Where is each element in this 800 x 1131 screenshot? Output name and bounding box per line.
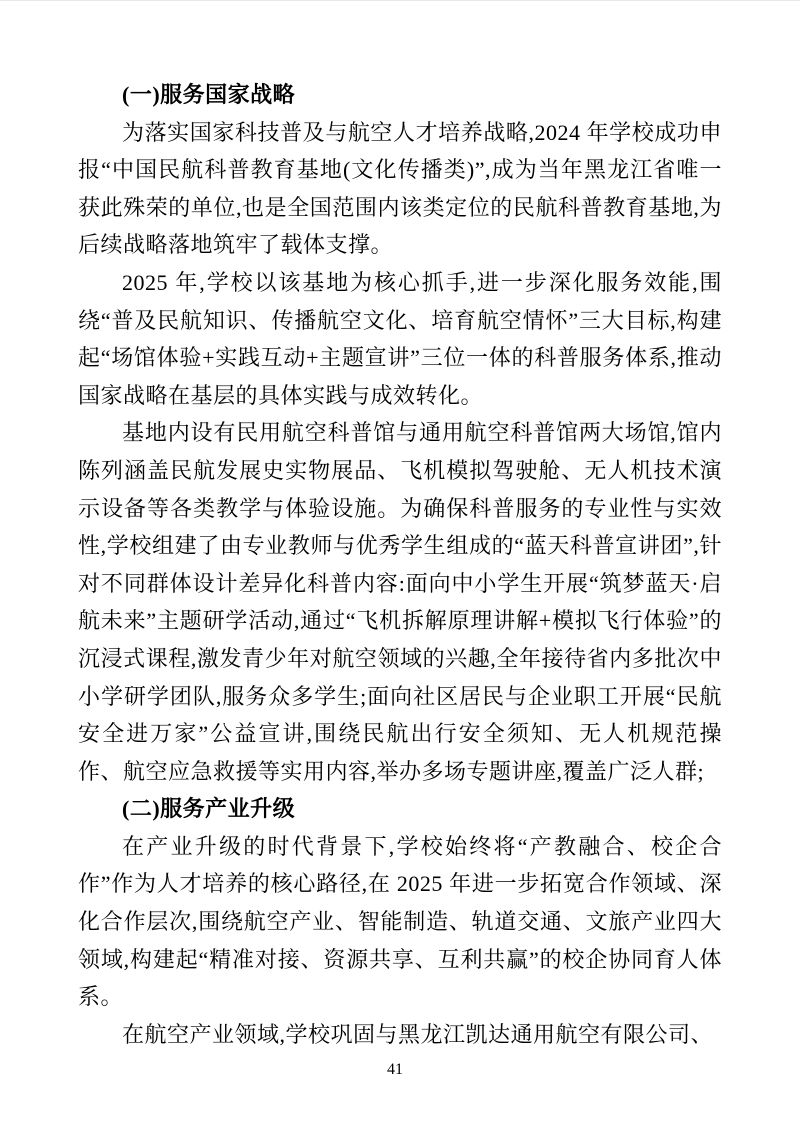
- document-page: (一)服务国家战略 为落实国家科技普及与航空人才培养战略,2024 年学校成功申…: [0, 0, 800, 1131]
- paragraph: 在产业升级的时代背景下,学校始终将“产教融合、校企合作”作为人才培养的核心路径,…: [78, 828, 722, 1016]
- document-body: (一)服务国家战略 为落实国家科技普及与航空人才培养战略,2024 年学校成功申…: [78, 76, 722, 1053]
- section-heading-national-strategy: (一)服务国家战略: [78, 76, 722, 114]
- paragraph: 基地内设有民用航空科普馆与通用航空科普馆两大场馆,馆内陈列涵盖民航发展史实物展品…: [78, 414, 722, 790]
- paragraph: 2025 年,学校以该基地为核心抓手,进一步深化服务效能,围绕“普及民航知识、传…: [78, 264, 722, 414]
- paragraph: 在航空产业领域,学校巩固与黑龙江凯达通用航空有限公司、: [78, 1016, 722, 1054]
- section-heading-industry-upgrade: (二)服务产业升级: [78, 790, 722, 828]
- paragraph: 为落实国家科技普及与航空人才培养战略,2024 年学校成功申报“中国民航科普教育…: [78, 114, 722, 264]
- page-number: 41: [0, 1059, 790, 1081]
